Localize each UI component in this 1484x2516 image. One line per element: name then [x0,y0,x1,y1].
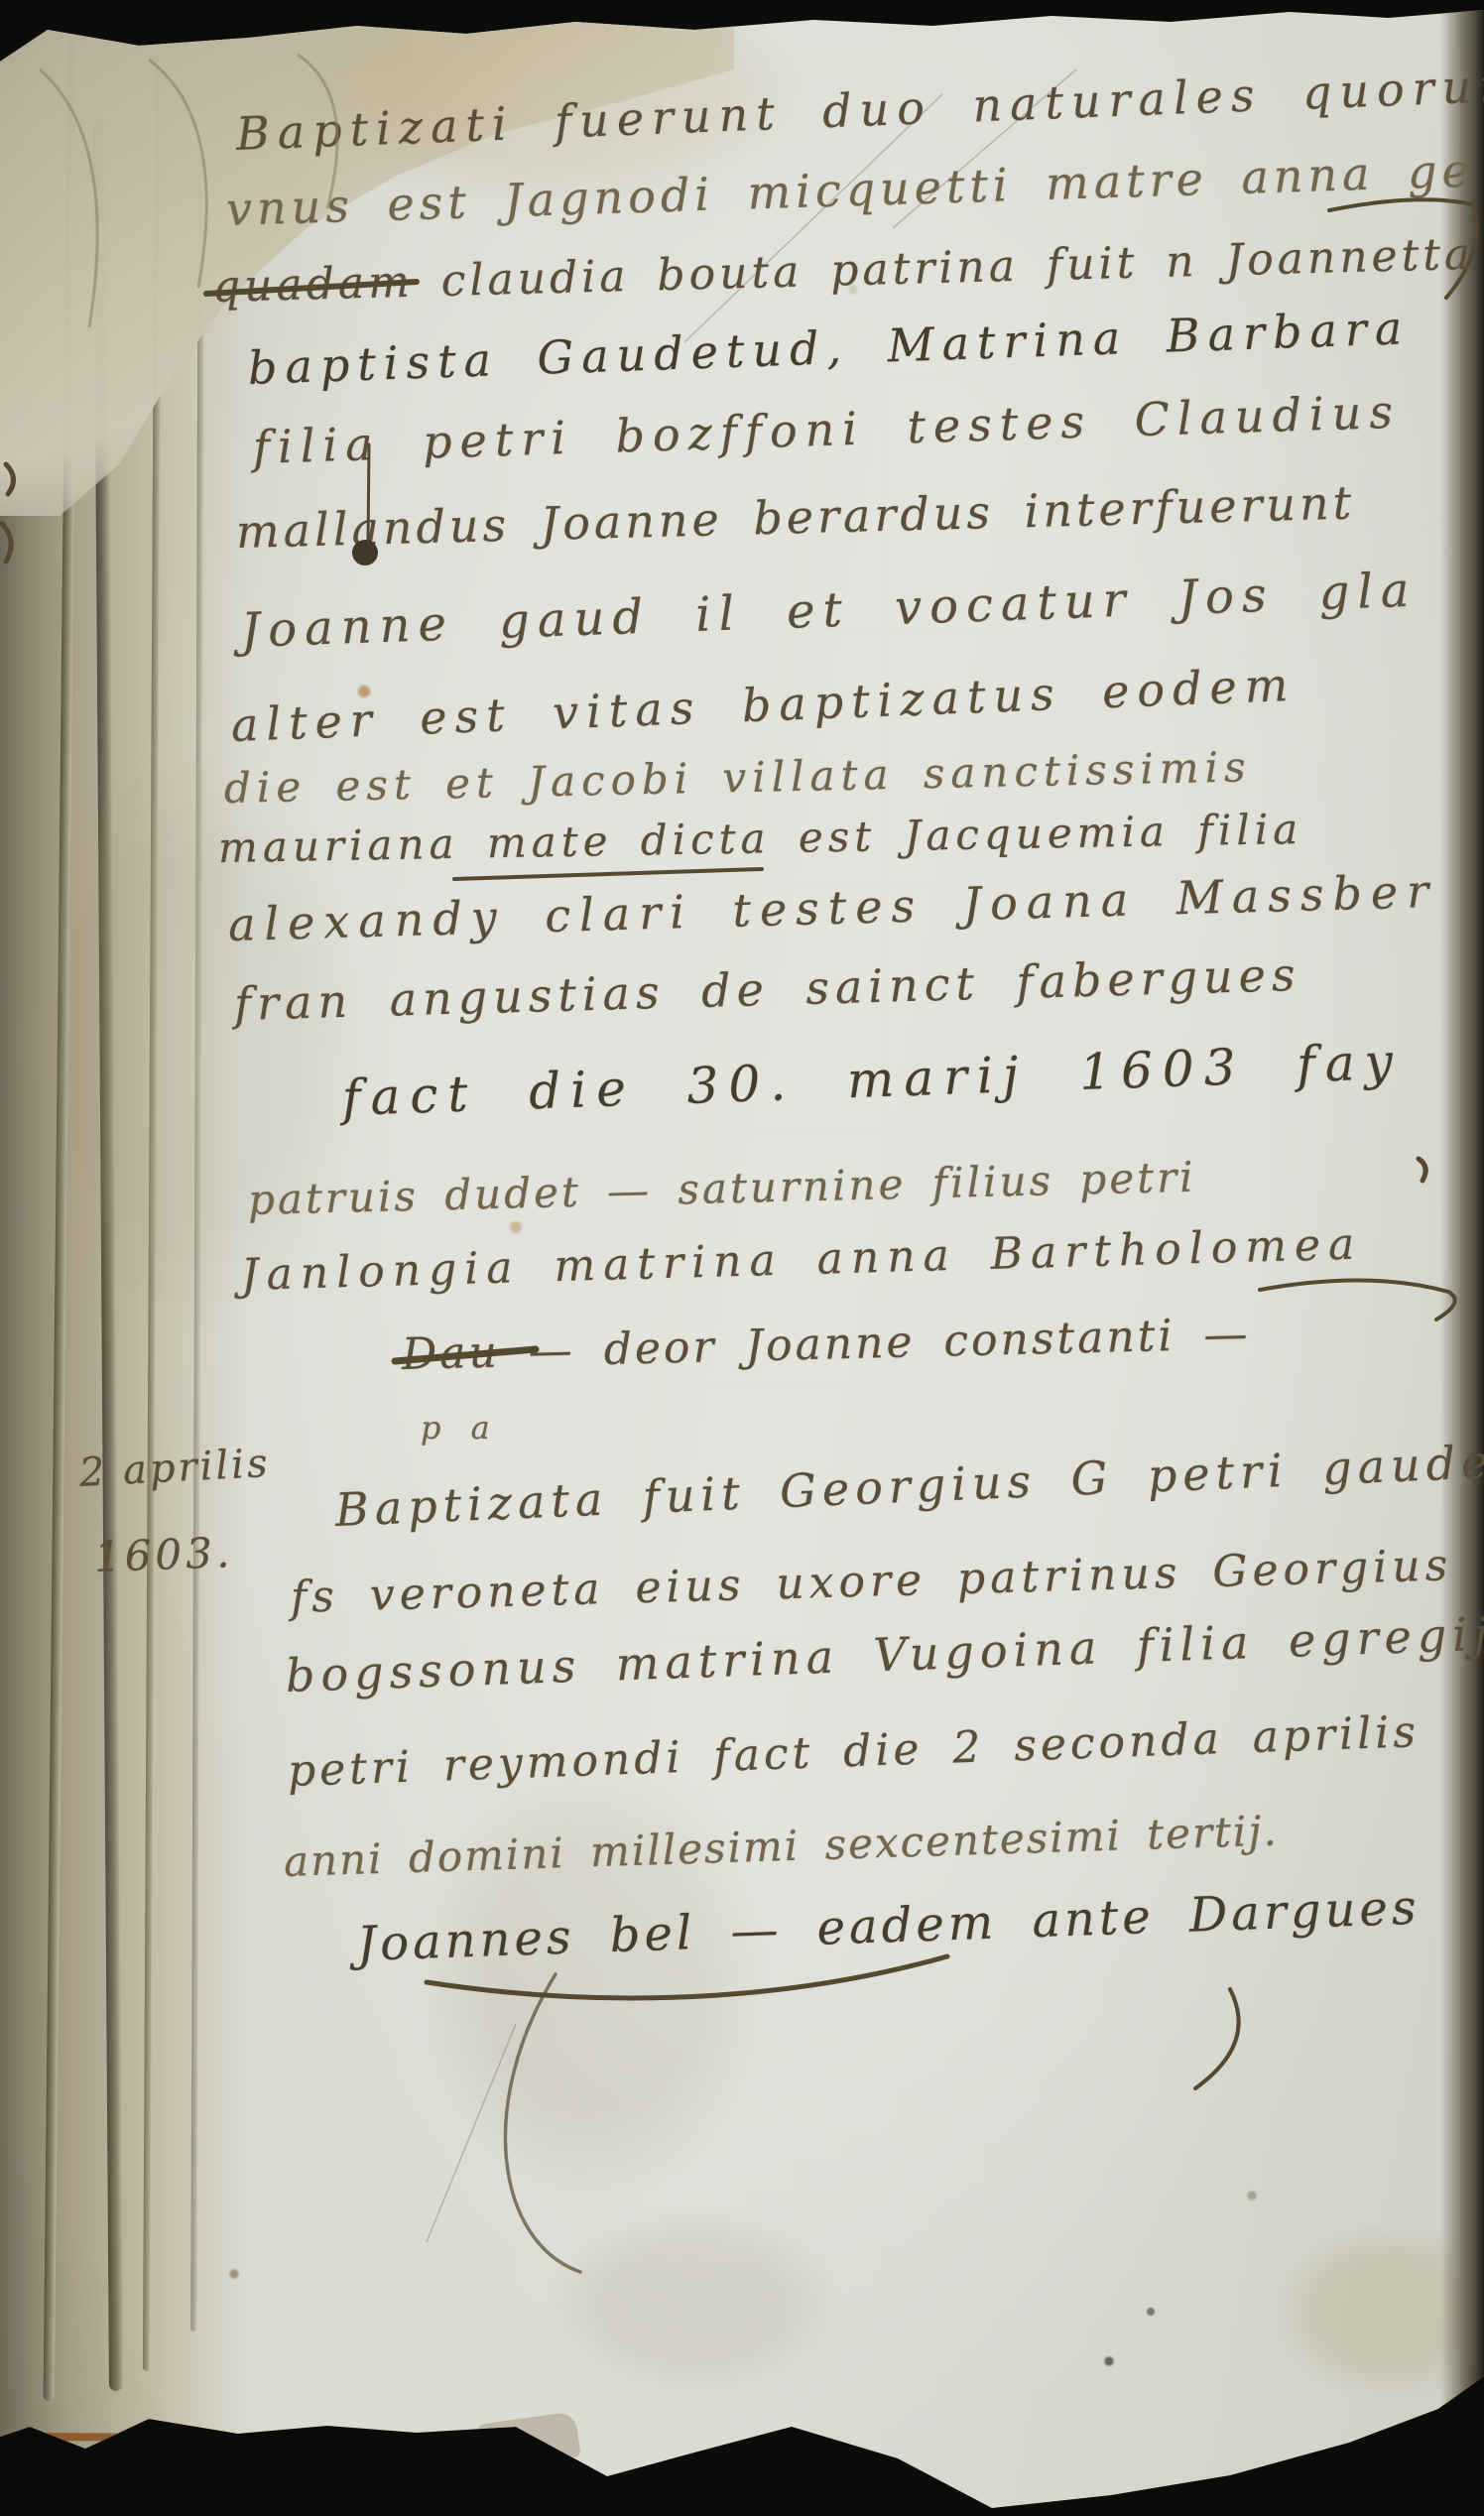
paper-sheet: Baptizati fuerunt duo naturales quorum v… [0,0,1484,2516]
manuscript-photo: Baptizati fuerunt duo naturales quorum v… [0,0,1484,2516]
margin-date-note: 1603. [93,1528,234,1581]
clerk-initials: p a [421,1409,500,1447]
page-block-edge [1440,0,1484,2516]
